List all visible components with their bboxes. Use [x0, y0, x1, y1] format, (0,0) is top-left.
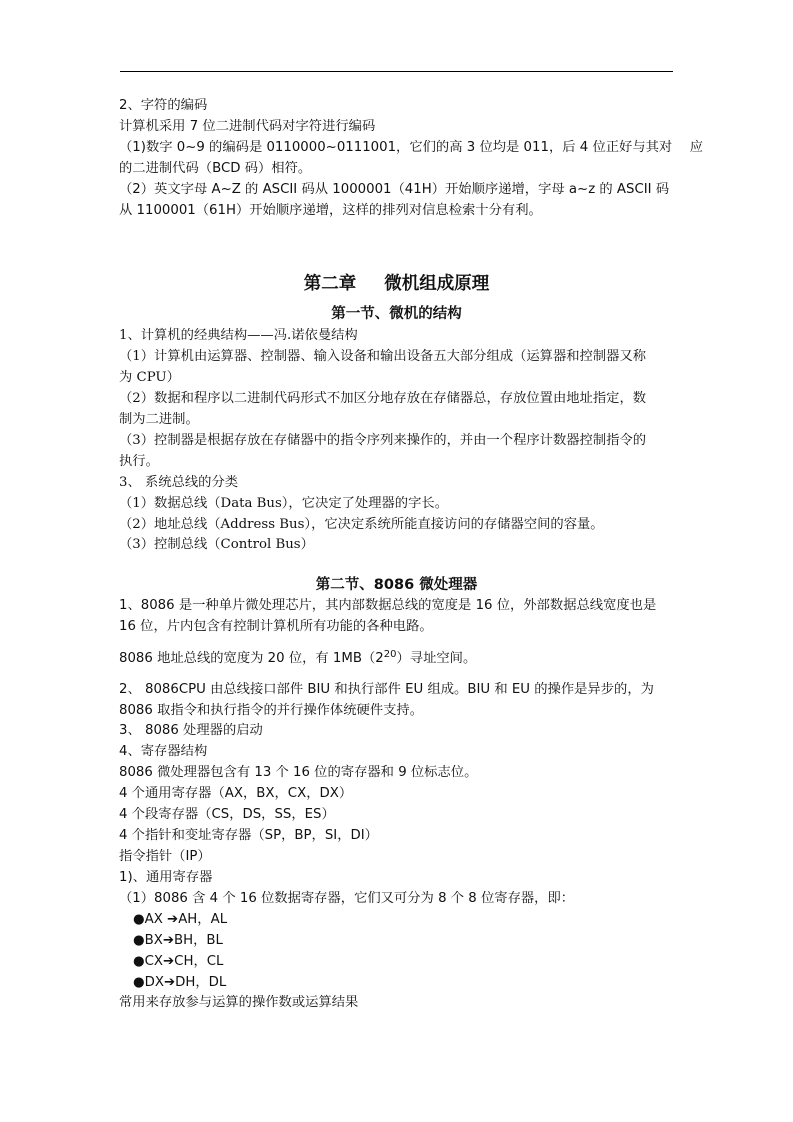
- section1-line: 1、计算机的经典结构——冯.诺依曼结构: [119, 328, 679, 344]
- section-title: 第二节、8086 微处理器: [0, 576, 793, 594]
- section2-line: 4 个通用寄存器（AX，BX，CX，DX）: [119, 786, 679, 802]
- register-bullet-cx: ●CX➔CH，CL: [133, 954, 693, 970]
- arrow-right-icon: ➔: [163, 954, 174, 969]
- bullet-icon: ●: [133, 933, 145, 948]
- intro-line: （1)数字 0~9 的编码是 0110000~0111001，它们的高 3 位均…: [119, 140, 679, 156]
- bullet-icon: ●: [133, 954, 145, 969]
- section1-line: 制为二进制。: [119, 412, 679, 428]
- bullet-icon: ●: [133, 912, 145, 927]
- register-bullet-dx: ●DX➔DH，DL: [133, 975, 693, 991]
- chapter-number: 第二章: [304, 274, 357, 294]
- document-page: 2、字符的编码 计算机采用 7 位二进制代码对字符进行编码 （1)数字 0~9 …: [0, 0, 793, 1122]
- intro-heading: 2、字符的编码: [119, 98, 679, 114]
- chapter-name: 微机组成原理: [384, 274, 489, 294]
- bullet-icon: ●: [133, 975, 145, 990]
- register-bullet-bx: ●BX➔BH，BL: [133, 933, 693, 949]
- section-title: 第一节、微机的结构: [0, 305, 793, 323]
- intro-line: 从 1100001（61H）开始顺序递增，这样的排列对信息检索十分有利。: [119, 203, 679, 219]
- section2-line: 1)、通用寄存器: [119, 870, 679, 886]
- intro-line: 计算机采用 7 位二进制代码对字符进行编码: [119, 119, 679, 135]
- section2-line: 4 个指针和变址寄存器（SP，BP，SI，DI）: [119, 828, 679, 844]
- section1-line: （1）计算机由运算器、控制器、输入设备和输出设备五大部分组成（运算器和控制器又称: [119, 349, 679, 365]
- section1-line: 3、 系统总线的分类: [119, 475, 679, 491]
- section2-line: （1）8086 含 4 个 16 位数据寄存器，它们又可分为 8 个 8 位寄存…: [119, 891, 679, 907]
- section2-line: 3、 8086 处理器的启动: [119, 723, 679, 739]
- section2-line: 4 个段寄存器（CS，DS，SS，ES）: [119, 807, 679, 823]
- section1-line: 执行。: [119, 454, 679, 470]
- section2-line: 8086 取指令和执行指令的并行操作体统硬件支持。: [119, 703, 679, 719]
- section1-line: （3）控制器是根据存放在存储器中的指令序列来操作的，并由一个程序计数器控制指令的: [119, 433, 679, 449]
- closing-line: 常用来存放参与运算的操作数或运算结果: [119, 995, 679, 1011]
- section1-line: （3）控制总线（Control Bus）: [119, 537, 679, 553]
- section2-line: 8086 微处理器包含有 13 个 16 位的寄存器和 9 位标志位。: [119, 765, 679, 781]
- section1-line: （2）地址总线（Address Bus），它决定系统所能直接访问的存储器空间的容…: [119, 517, 679, 533]
- header-rule: [120, 71, 673, 72]
- arrow-right-icon: ➔: [167, 912, 178, 927]
- section2-line: 1、8086 是一种单片微处理芯片，其内部数据总线的宽度是 16 位，外部数据总…: [119, 598, 679, 614]
- intro-line: （2）英文字母 A~Z 的 ASCII 码从 1000001（41H）开始顺序递…: [119, 182, 679, 198]
- section1-line: （2）数据和程序以二进制代码形式不加区分地存放在存储器总，存放位置由地址指定，数: [119, 391, 679, 407]
- section2-line: 16 位，片内包含有控制计算机所有功能的各种电路。: [119, 619, 679, 635]
- exponent: 20: [384, 649, 397, 660]
- address-bus-line: 8086 地址总线的宽度为 20 位，有 1MB（220）寻址空间。: [119, 651, 679, 667]
- arrow-right-icon: ➔: [164, 975, 175, 990]
- section1-line: 为 CPU）: [119, 370, 679, 386]
- section1-line: （1）数据总线（Data Bus），它决定了处理器的字长。: [119, 496, 679, 512]
- section2-line: 指令指针（IP）: [119, 849, 679, 865]
- chapter-title: 第二章微机组成原理: [0, 273, 793, 295]
- section2-line: 4、寄存器结构: [119, 744, 679, 760]
- intro-line: 的二进制代码（BCD 码）相符。: [119, 161, 679, 177]
- section2-line: 2、 8086CPU 由总线接口部件 BIU 和执行部件 EU 组成。BIU 和…: [119, 682, 679, 698]
- register-bullet-ax: ●AX ➔AH，AL: [133, 912, 693, 928]
- arrow-right-icon: ➔: [163, 933, 174, 948]
